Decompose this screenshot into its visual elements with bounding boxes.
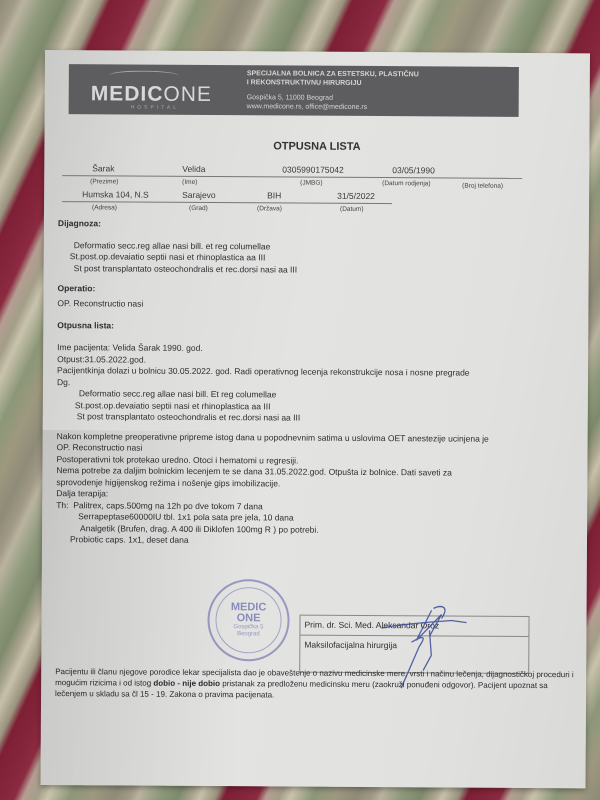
discharge-section-heading: Otpusna lista: [57,320,114,332]
discharge-body: Ime pacijenta: Velida Šarak 1990. god. O… [56,342,577,549]
document-title: OTPUSNA LISTA [44,139,589,154]
birthdate-value: 03/05/1990 [392,165,435,175]
city-value: Sarajevo [182,190,216,200]
consent-choice: dobio - nije dobio [153,679,220,688]
birthdate-label: (Datum rodjenja) [382,180,430,187]
name-label: (Ime) [182,179,197,186]
country-value: BIH [267,190,281,200]
logo-name: MEDICONE [91,82,212,107]
jmbg-value: 0305990175042 [282,164,344,174]
country-label: (Država) [257,205,282,212]
hospital-contact: www.medicone.rs, office@medicone.rs [247,102,419,112]
diagnosis-heading: Dijagnoza: [58,218,298,231]
address-label: (Adresa) [92,204,117,211]
date-value: 31/5/2022 [337,191,375,201]
hospital-logo: MEDICONE HOSPITAL [69,64,239,115]
name-value: Velida [182,164,205,174]
hospital-info: SPECIJALNA BOLNICA ZA ESTETSKU, PLASTIČN… [239,69,419,112]
consent-note: Pacijentu ili članu njegove porodice lek… [55,666,575,702]
doctor-specialty: Maksilofacijalna hirurgija [300,636,528,655]
operation-heading: Operatio: [58,283,144,295]
doctor-signature-box: Prim. dr. Sci. Med. Aleksandar Oroz Maks… [299,615,529,674]
diagnosis-line: St post transplantato osteochondralis et… [58,263,298,276]
therapy-line: Probiotic caps. 1x1, deset dana [56,534,576,549]
hospital-header-banner: MEDICONE HOSPITAL SPECIJALNA BOLNICA ZA … [69,64,519,117]
logo-swoosh-icon [109,70,179,80]
operation-section: Operatio: OP. Reconstructio nasi [57,283,143,310]
hospital-name-line2: I REKONSTRUKTIVNU HIRURGIJU [247,78,419,88]
surname-value: Šarak [92,163,114,173]
discharge-document: MEDICONE HOSPITAL SPECIJALNA BOLNICA ZA … [41,50,590,788]
operation-text: OP. Reconstructio nasi [57,298,143,310]
hospital-stamp: MEDIC ONE Gospička 5 Beograd [207,579,289,661]
diagnosis-section: Dijagnoza: Deformatio secc.reg allae nas… [58,218,298,275]
date-label: (Datum) [340,206,364,213]
row-1-divider [62,175,522,179]
jmbg-label: (JMBG) [300,180,322,187]
phone-label: (Broj telefona) [462,183,503,190]
surname-label: (Prezime) [90,178,118,185]
doctor-name: Prim. dr. Sci. Med. Aleksandar Oroz [300,616,528,637]
city-label: (Grad) [189,205,208,212]
logo-subtitle: HOSPITAL [131,105,179,111]
diagnosis-line: St.post.op.devaiatio septii nasi et rhin… [58,251,298,264]
th-label: Th: [56,500,68,510]
address-value: Humska 104, N.S [82,189,149,199]
